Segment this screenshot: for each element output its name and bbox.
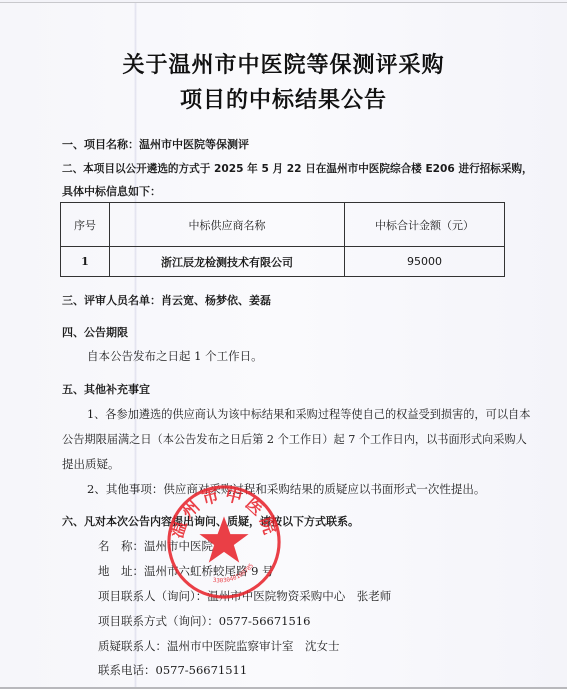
project-contact-phone: 项目联系方式（询问）：0577-56671516 [98,613,310,629]
other-matters-item2: 2、其他事项：供应商对采购过程和采购结果的质疑应以书面形式一次性提出。 [87,481,485,497]
procurement-method: 二、本项目以公开遴选的方式于 2025 年 5 月 22 日在温州市中医院综合楼… [62,161,533,176]
award-table: 序号 中标供应商名称 中标合计金额（元） 1 浙江辰龙检测技术有限公司 9500… [60,202,505,277]
contact-address: 地 址：温州市六虹桥蛟尾路 9 号 [98,563,274,579]
contact-name: 名 称：温州市中医院 [98,538,213,554]
other-matters-item1-line3: 提出质疑。 [62,456,120,472]
document-page: 关于温州市中医院等保测评采购 项目的中标结果公告 一、项目名称：温州市中医院等保… [0,2,567,689]
document-title-line2: 项目的中标结果公告 [0,83,567,114]
notice-period-heading: 四、公告期限 [62,324,128,340]
award-table-header: 序号 中标供应商名称 中标合计金额（元） [61,203,505,247]
complaint-contact-person: 质疑联系人：温州市中医院监察审计室 沈女士 [98,638,340,654]
cell-supplier: 浙江辰龙检测技术有限公司 [110,247,345,277]
award-info-intro: 具体中标信息如下： [62,183,161,199]
cell-index: 1 [61,247,110,277]
contact-heading: 六、凡对本次公告内容提出询问、质疑，请按以下方式联系。 [62,513,359,529]
project-name: 一、项目名称：温州市中医院等保测评 [62,136,249,152]
reviewers-list: 三、评审人员名单：肖云宽、杨梦依、姜磊 [62,292,271,308]
project-contact-person: 项目联系人（询问）：温州市中医院物资采购中心 张老师 [98,588,391,604]
header-supplier: 中标供应商名称 [110,203,345,247]
complaint-contact-phone: 联系电话：0577-56671511 [98,662,247,678]
cell-amount: 95000 [345,247,505,277]
document-title-line1: 关于温州市中医院等保测评采购 [0,48,567,79]
header-amount: 中标合计金额（元） [345,203,505,247]
other-matters-item1-line1: 1、各参加遴选的供应商认为该中标结果和采购过程等使自己的权益受到损害的，可以自本 [87,406,530,422]
header-index: 序号 [61,203,110,247]
notice-period-body: 自本公告发布之日起 1 个工作日。 [87,348,263,364]
table-row: 1 浙江辰龙检测技术有限公司 95000 [61,247,505,277]
other-matters-item1-line2: 公告期限届满之日（本公告发布之日后第 2 个工作日）起 7 个工作日内，以书面形… [62,431,527,447]
other-matters-heading: 五、其他补充事宜 [62,381,150,397]
